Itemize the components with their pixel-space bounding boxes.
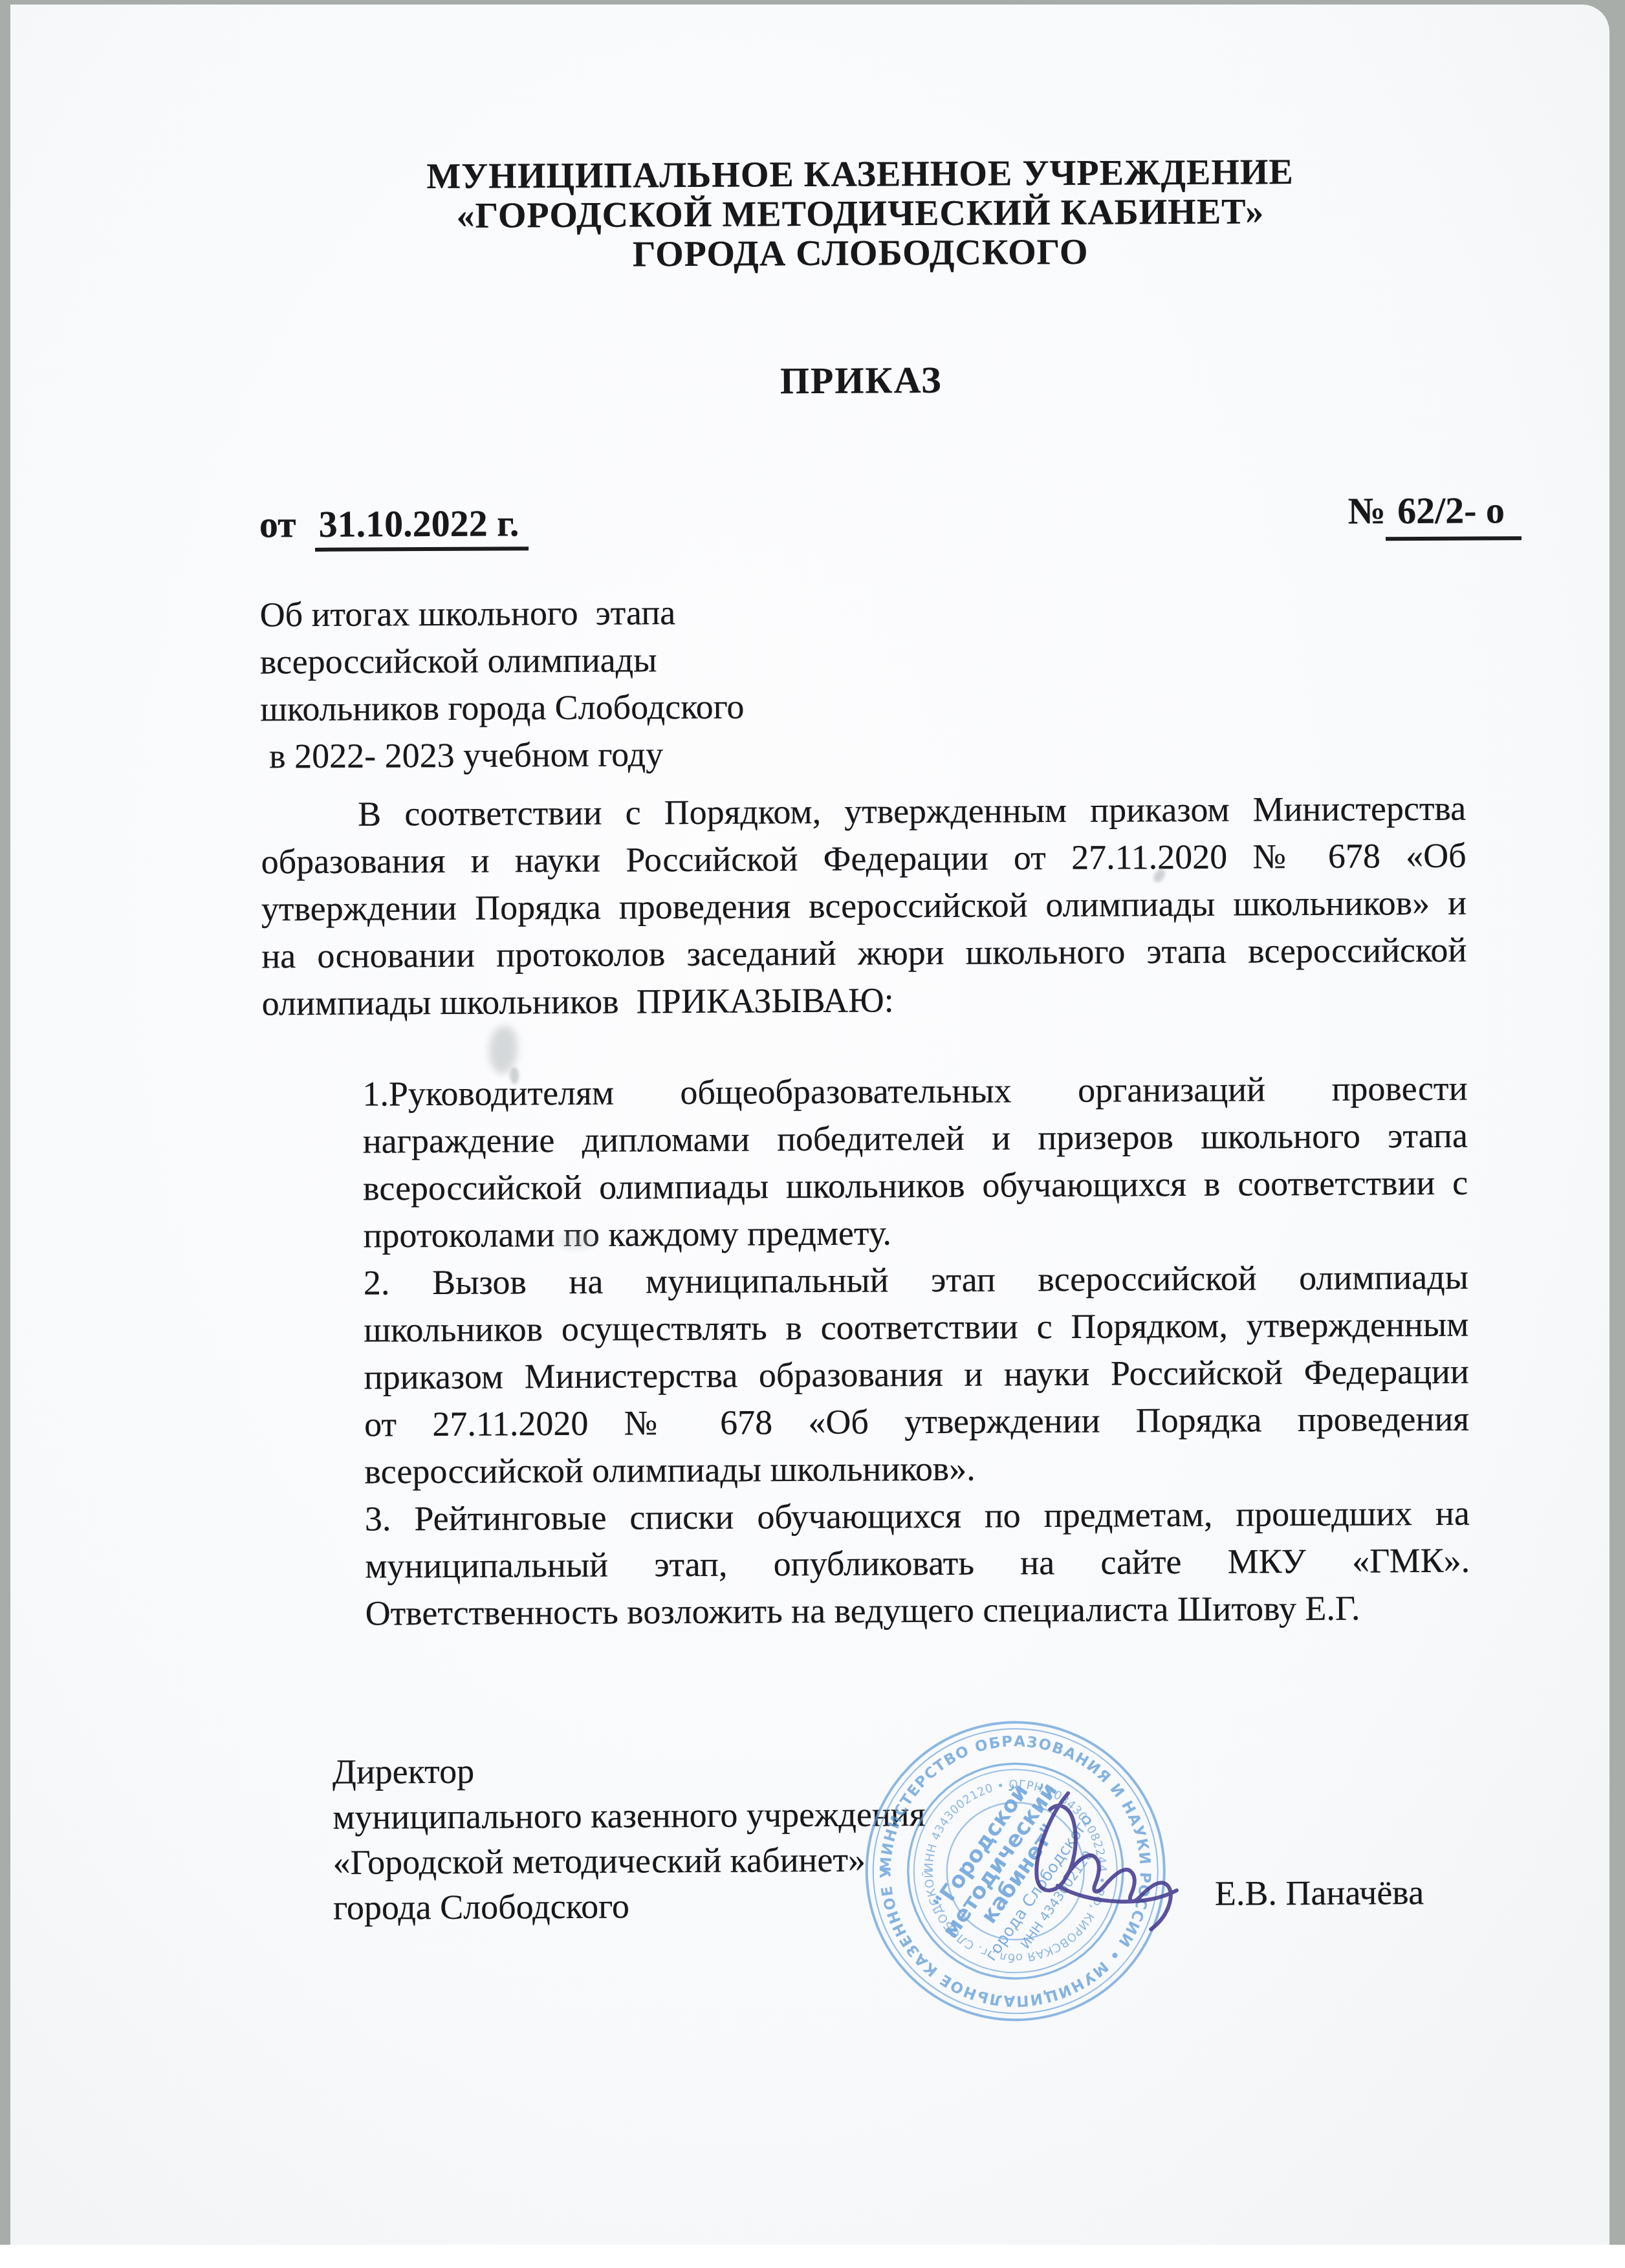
subject-line: Об итогах школьного этапа	[259, 588, 906, 638]
order-subject: Об итогах школьного этапа всероссийской …	[259, 588, 908, 780]
org-name-line: «ГОРОДСКОЙ МЕТОДИЧЕСКИЙ КАБИНЕТ»	[257, 191, 1463, 237]
order-item-line: школьников осуществлять в соответствии с…	[364, 1301, 1468, 1354]
preamble-line: олимпиады школьников ПРИКАЗЫВАЮ:	[262, 974, 1467, 1028]
order-item-1: 1.Руководителям общеобразовательных орга…	[362, 1065, 1468, 1260]
order-item-line: 3. Рейтинговые списки обучающихся по пре…	[365, 1490, 1470, 1543]
order-item-line: приказом Министерства образования и наук…	[364, 1348, 1469, 1401]
order-item-line: Ответственность возложить на ведущего сп…	[365, 1584, 1470, 1637]
signature-stroke	[1036, 1793, 1076, 1890]
preamble-line: утверждении Порядка проведения всероссий…	[261, 880, 1467, 933]
order-number-field: №62/2- о	[1348, 488, 1522, 534]
scanner-bottom-edge	[0, 2245, 1625, 2268]
org-name-header: МУНИЦИПАЛЬНОЕ КАЗЕННОЕ УЧРЕЖДЕНИЕ «ГОРОД…	[257, 152, 1463, 277]
order-item-line: муниципальный этап, опубликовать на сайт…	[365, 1537, 1470, 1590]
order-item-line: от 27.11.2020 № 678 «Об утверждении Поря…	[364, 1396, 1469, 1449]
order-item-line: всероссийской олимпиады школьников обуча…	[363, 1160, 1468, 1213]
order-item-3: 3. Рейтинговые списки обучающихся по пре…	[365, 1490, 1470, 1637]
order-item-line: всероссийской олимпиады школьников».	[364, 1443, 1469, 1496]
order-item-line: награждение дипломами победителей и приз…	[363, 1112, 1468, 1165]
org-name-line: ГОРОДА СЛОБОДСКОГО	[258, 231, 1463, 277]
number-prefix: №	[1348, 490, 1386, 532]
date-prefix: от	[259, 503, 296, 545]
handwritten-signature	[961, 1744, 1247, 1958]
order-item-line: 1.Руководителям общеобразовательных орга…	[362, 1065, 1467, 1118]
order-item-line: 2. Вызов на муниципальный этап всероссий…	[364, 1254, 1468, 1307]
subject-line: школьников города Слободского	[260, 682, 907, 733]
order-date-value: 31.10.2022 г.	[314, 502, 528, 552]
preamble-line: образования и науки Российской Федерации…	[261, 832, 1466, 886]
signature-stroke	[1065, 1855, 1171, 1930]
preamble-paragraph: В соответствии с Порядком, утвержденным …	[261, 785, 1467, 1028]
scan-smudge	[510, 1067, 519, 1084]
org-name-line: МУНИЦИПАЛЬНОЕ КАЗЕННОЕ УЧРЕЖДЕНИЕ	[257, 152, 1463, 198]
doc-type-title: ПРИКАЗ	[259, 358, 1464, 404]
order-items: 1.Руководителям общеобразовательных орга…	[362, 1065, 1470, 1637]
subject-line: всероссийской олимпиады	[260, 635, 907, 686]
preamble-line: В соответствии с Порядком, утвержденным …	[261, 785, 1466, 839]
order-item-2: 2. Вызов на муниципальный этап всероссий…	[364, 1254, 1470, 1496]
scanned-order-page: МУНИЦИПАЛЬНОЕ КАЗЕННОЕ УЧРЕЖДЕНИЕ «ГОРОД…	[0, 0, 1625, 2268]
order-item-line: протоколами по каждому предмету.	[363, 1207, 1468, 1260]
signature-stroke	[1058, 1885, 1177, 1902]
order-number-value: 62/2- о	[1386, 489, 1521, 541]
order-date-field: от 31.10.2022 г.	[259, 501, 529, 547]
spacer	[296, 503, 314, 545]
page-content: МУНИЦИПАЛЬНОЕ КАЗЕННОЕ УЧРЕЖДЕНИЕ «ГОРОД…	[0, 0, 1625, 2268]
preamble-line: на основании протоколов заседаний жюри ш…	[261, 927, 1467, 980]
subject-line: в 2022- 2023 учебном году	[261, 729, 908, 780]
